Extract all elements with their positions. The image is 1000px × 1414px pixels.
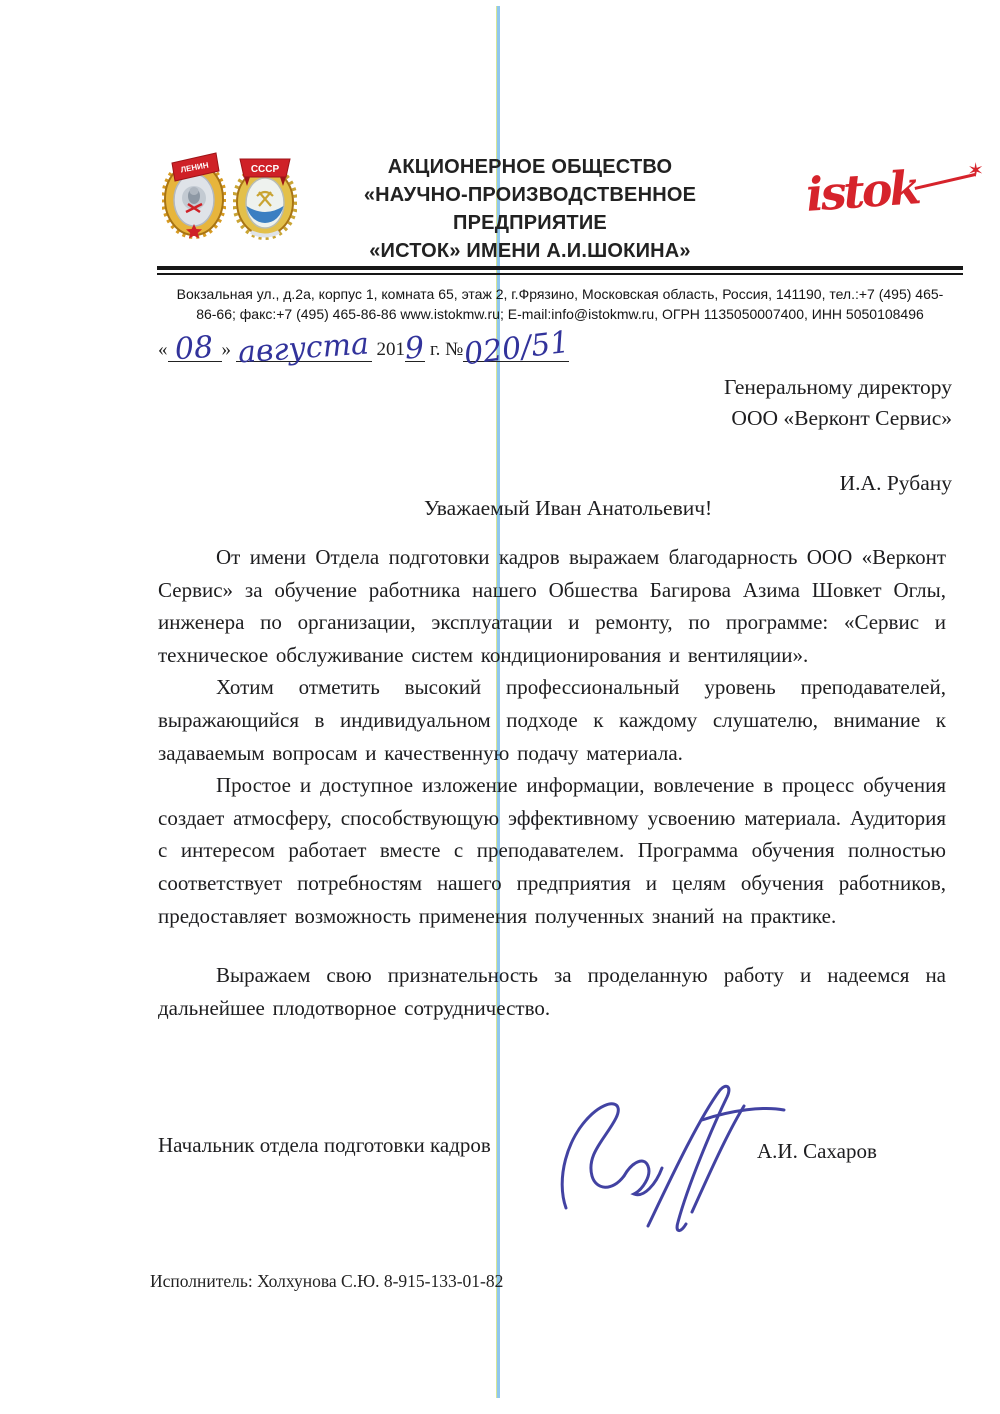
recipient-block: Генеральному директору ООО «Верконт Серв… [560,372,952,499]
handwritten-year-digit: 9 [405,338,425,359]
org-address-line: 86-66; факс:+7 (495) 465-86-86 www.istok… [152,304,968,324]
day-field: 08 [168,336,222,362]
quote-close: » [222,339,232,360]
year-label: г. [430,339,440,360]
org-address-line: Вокзальная ул., д.2а, корпус 1, комната … [152,284,968,304]
month-field: августа [236,336,372,362]
svg-text:СССР: СССР [251,164,280,175]
number-label: № [445,339,463,360]
org-title-line: АКЦИОНЕРНОЕ ОБЩЕСТВО [300,153,760,181]
recipient-company: ООО «Верконт Сервис» [560,403,952,434]
handwritten-doc-number: 020/51 [463,333,570,366]
executor-line: Исполнитель: Холхунова С.Ю. 8-915-133-01… [150,1271,503,1292]
year-printed: 201 [377,339,406,360]
org-title-line: «ИСТОК» ИМЕНИ А.И.ШОКИНА» [300,237,760,265]
quote-open: « [158,339,168,360]
divider-line-thin [157,273,963,275]
logo-star-icon: ✶ [967,158,984,183]
handwritten-day: 08 [175,338,214,361]
istok-logo: istok ✶ [806,156,976,236]
order-of-red-banner-of-labour-medal-icon: СССР [233,146,297,240]
date-number-line: «08» августа 2019г. №020/51 [158,336,569,362]
org-title: АКЦИОНЕРНОЕ ОБЩЕСТВО «НАУЧНО-ПРОИЗВОДСТВ… [300,153,760,265]
letter-body: От имени Отдела подготовки кадров выража… [158,541,946,1024]
recipient-name: И.А. Рубану [560,468,952,499]
body-paragraph: Простое и доступное изложение информации… [158,769,946,932]
divider-line-thick [157,266,963,270]
header-divider [157,266,963,275]
handwritten-signature-icon [552,1080,792,1240]
doc-number-field: 020/51 [463,336,569,362]
order-of-lenin-medal-icon: ЛЕНИН [162,146,226,240]
org-title-line: ПРЕДПРИЯТИЕ [300,209,760,237]
signer-name: А.И. Сахаров [757,1139,877,1164]
handwritten-month: августа [238,334,370,363]
org-address: Вокзальная ул., д.2а, корпус 1, комната … [152,284,968,324]
body-paragraph: От имени Отдела подготовки кадров выража… [158,541,946,671]
recipient-position: Генеральному директору [560,372,952,403]
year-field: 9 [405,336,425,362]
istok-logo-text: istok [804,152,921,230]
body-paragraph: Выражаем свою признательность за продела… [158,959,946,1024]
signer-title: Начальник отдела подготовки кадров [158,1133,491,1158]
salutation: Уважаемый Иван Анатольевич! [424,496,712,521]
letter-page: ЛЕНИН СССР АКЦИОНЕРНОЕ ОБЩЕСТВО «НАУЧНО-… [0,0,1000,1414]
org-title-line: «НАУЧНО-ПРОИЗВОДСТВЕННОЕ [300,181,760,209]
body-paragraph: Хотим отметить высокий профессиональный … [158,671,946,769]
medals-group: ЛЕНИН СССР [162,146,297,240]
